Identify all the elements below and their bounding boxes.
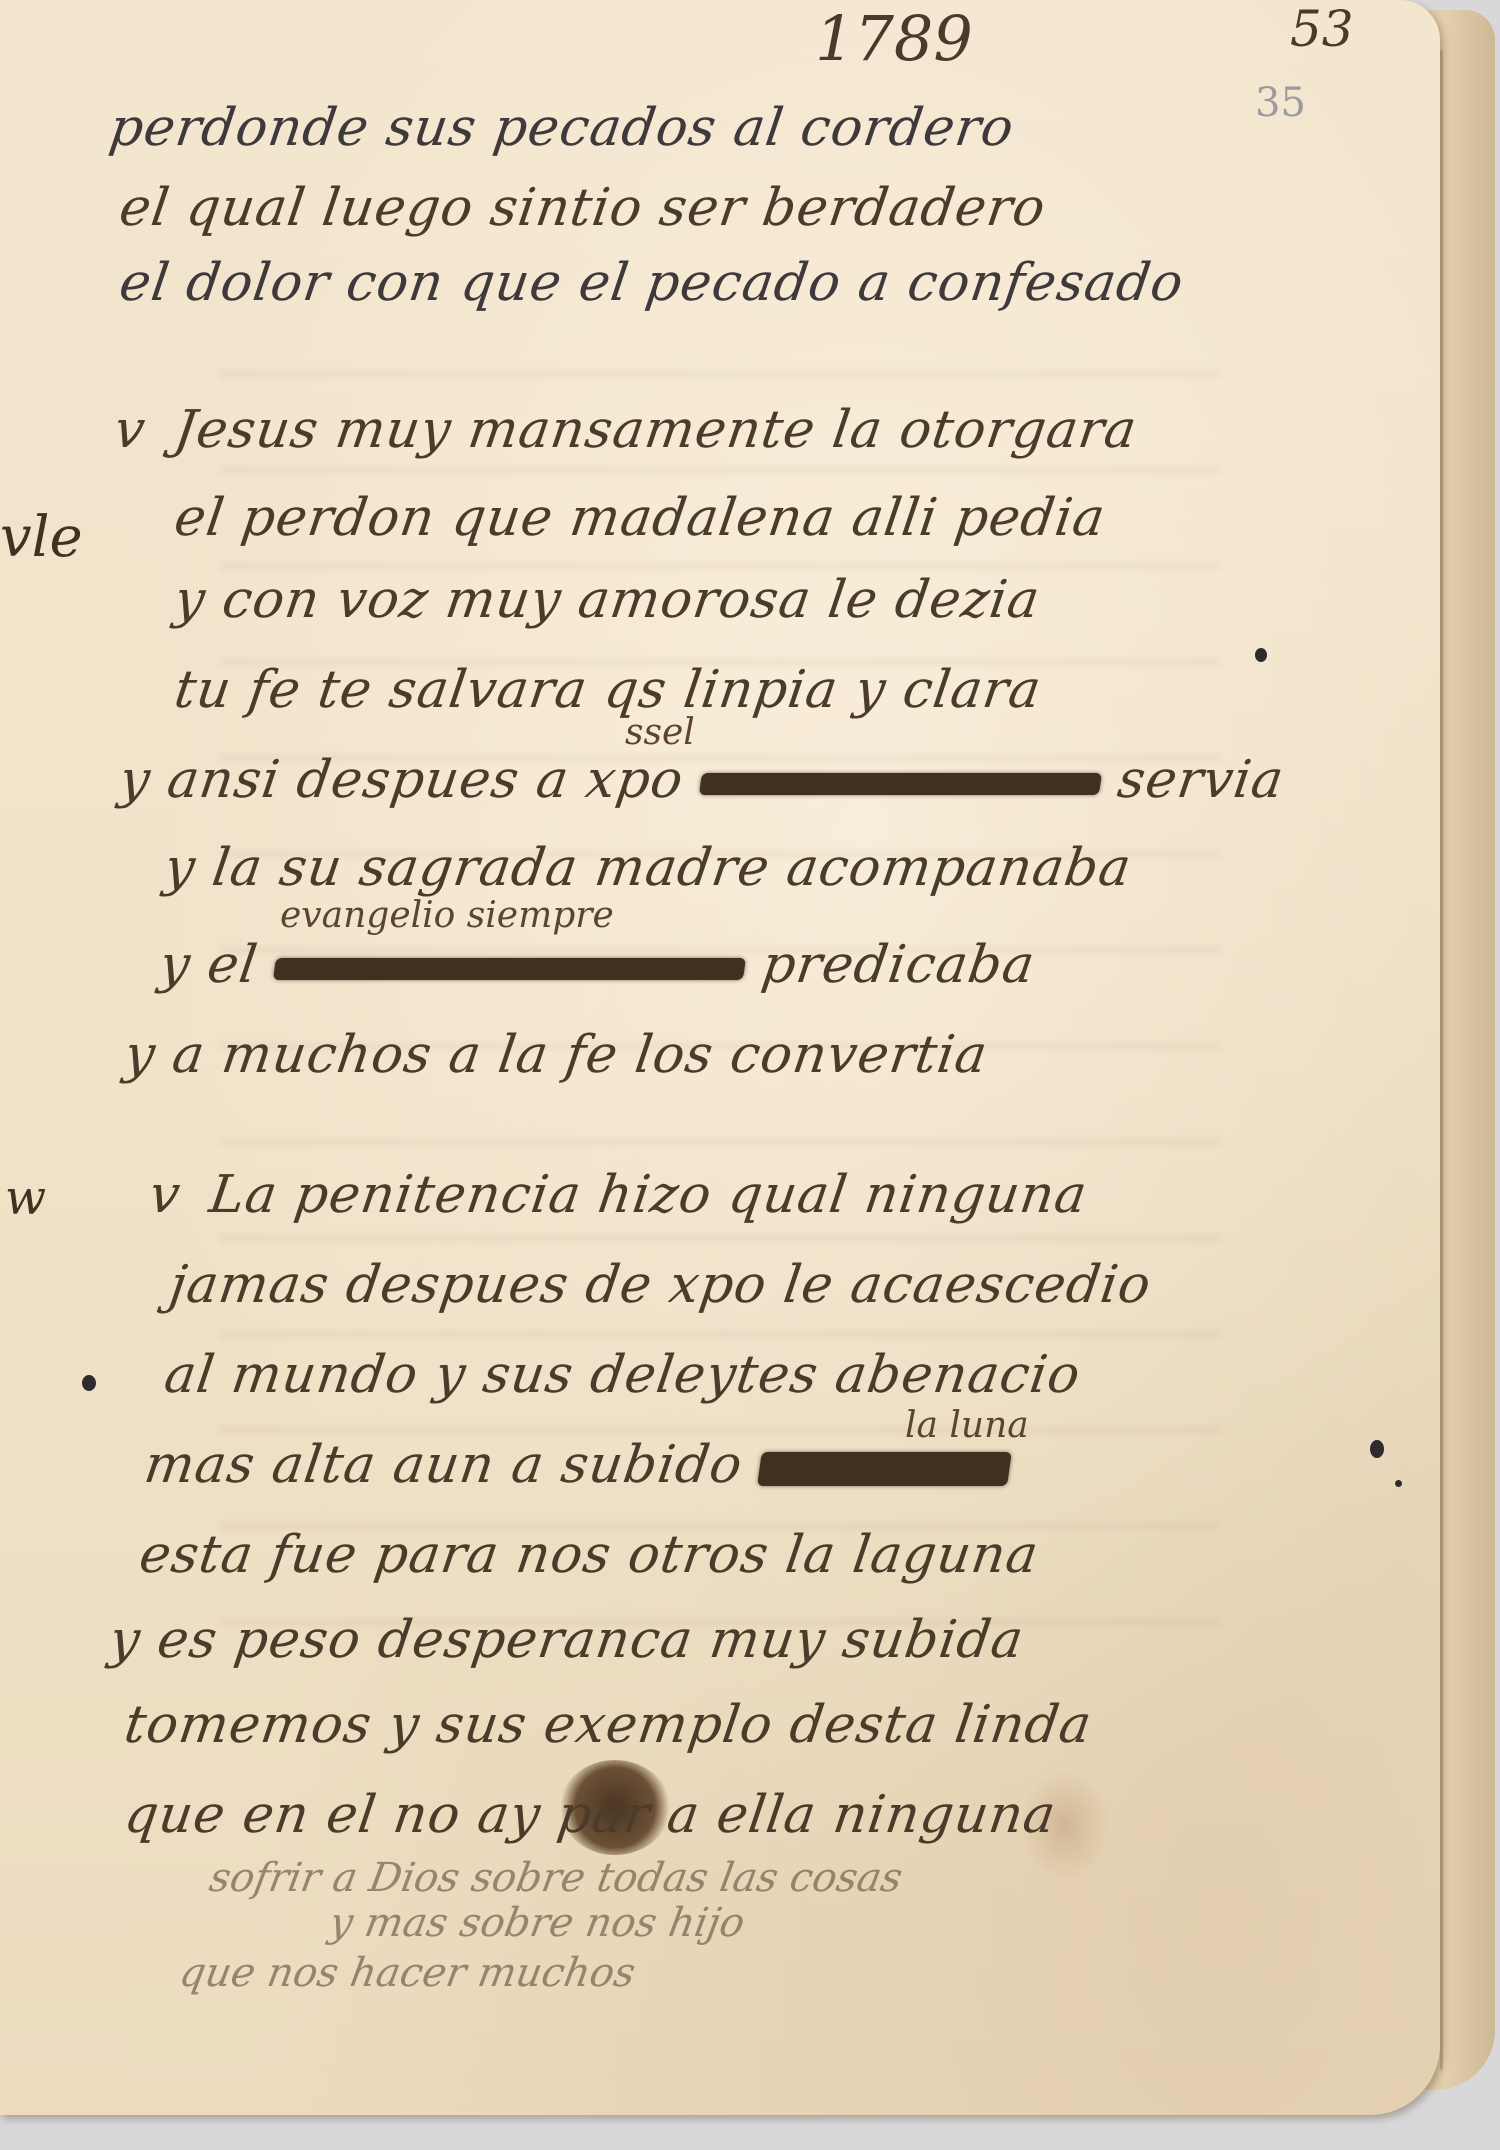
text-line: y el testamento nuevo predicaba: [156, 935, 1039, 995]
ink-dot: [82, 1375, 96, 1391]
line-end: servia: [1114, 750, 1288, 810]
faint-annotation: que nos hacer muchos: [176, 1950, 639, 1996]
struck-through-text: testamento nuevo: [273, 958, 746, 980]
text-line: Jesus muy mansamente la otorgara: [171, 400, 1141, 460]
text-line: tu fe te salvara qs linpia y clara: [171, 660, 1045, 720]
faint-annotation: sofrir a Dios sobre todas las cosas: [206, 1855, 906, 1901]
line-text: mas alta aun a subido: [141, 1435, 747, 1495]
text-line: que en el no ay par a ella ninguna: [121, 1785, 1060, 1845]
text-line: al mundo y sus deleytes abenacio: [161, 1345, 1085, 1405]
struck-through-text: [757, 1452, 1012, 1486]
text-line: y es peso desperanca muy subida: [106, 1610, 1028, 1670]
ink-dot: [1395, 1480, 1402, 1487]
folio-number-ink: 53: [1290, 0, 1354, 58]
text-line: el perdon que madalena alli pedia: [171, 488, 1109, 548]
line-end: predicaba: [758, 935, 1039, 995]
text-line: La penitencia hizo qual ninguna: [206, 1165, 1091, 1225]
folio-number-pencil: 35: [1255, 80, 1306, 126]
text-line: y con voz muy amorosa le dezia: [171, 570, 1044, 630]
margin-note: vle: [0, 505, 83, 570]
text-line: mas alta aun a subido: [141, 1435, 1014, 1495]
text-line: y la su sagrada madre acompanaba: [161, 838, 1135, 898]
manuscript-page: 1789 53 35 perdonde sus pecados al corde…: [0, 0, 1440, 2115]
stanza-marker: v: [111, 400, 150, 460]
line-text: y el: [156, 935, 262, 995]
faint-annotation: y mas sobre nos hijo: [326, 1900, 748, 1946]
ink-dot: [1370, 1440, 1384, 1458]
text-line: perdonde sus pecados al cordero: [106, 98, 1018, 158]
text-line: y a muchos a la fe los convertia: [121, 1025, 992, 1085]
line-text: y ansi despues a xpo: [116, 750, 688, 810]
text-line: tomemos y sus exemplo desta linda: [121, 1695, 1096, 1755]
year-heading: 1789: [815, 2, 973, 75]
interlinear-insertion: evangelio siempre: [280, 895, 614, 936]
text-line: el dolor con que el pecado a confesado: [116, 253, 1188, 313]
text-line: jamas despues de xpo le acaescedio: [166, 1255, 1155, 1315]
stanza-marker: v: [146, 1165, 185, 1225]
text-line: y ansi despues a xpo siempre amada servi…: [116, 750, 1288, 810]
ink-dot: [1255, 648, 1267, 662]
margin-note: w: [5, 1170, 46, 1226]
text-line: esta fue para nos otros la laguna: [136, 1525, 1043, 1585]
struck-through-text: siempre amada: [699, 773, 1102, 795]
interlinear-insertion: ssel: [625, 712, 695, 753]
text-line: el qual luego sintio ser berdadero: [116, 178, 1050, 238]
